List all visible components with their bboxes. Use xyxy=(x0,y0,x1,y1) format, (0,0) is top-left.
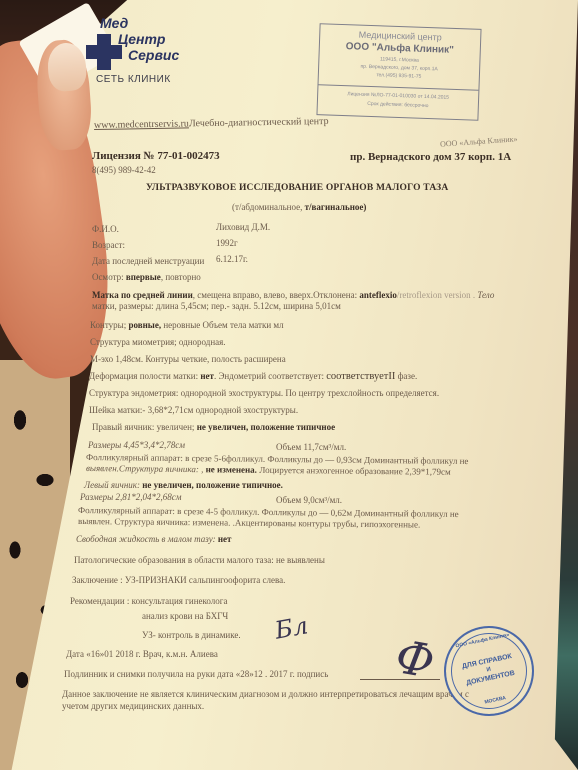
left-ovary: Левый яичник: не увеличен, положение тип… xyxy=(84,480,283,490)
lmp-label: Дата последней менструации xyxy=(92,256,204,266)
uterus-contours: Контуры; ровные, неровные Объем тела мат… xyxy=(90,320,284,330)
right-ovary: Правый яичник: увеличен; не увеличен, по… xyxy=(92,422,335,432)
endometrium: Структура эндометрия: однородной эхостру… xyxy=(89,388,439,398)
logo-line2: Центр xyxy=(118,32,165,46)
recommendations: Рекомендации : консультация гинеколога xyxy=(70,596,227,606)
disclaimer-line2: учетом других медицинских данных. xyxy=(62,701,204,711)
date-doctor: Дата «16»01 2018 г. Врач, к.м.н. Алиева xyxy=(66,649,218,659)
conclusion: Заключение : УЗ-ПРИЗНАКИ сальпингоофорит… xyxy=(72,575,285,585)
phone: 8(495) 989-42-42 xyxy=(92,165,156,175)
logo-line1: Мед xyxy=(100,16,128,30)
report-title: УЛЬТРАЗВУКОВОЕ ИССЛЕДОВАНИЕ ОРГАНОВ МАЛО… xyxy=(146,183,448,193)
cavity-deformation: Деформация полости матки: нет. Эндометри… xyxy=(89,371,417,382)
logo-line3: Сервис xyxy=(128,48,179,62)
license: Лицензия № 77-01-002473 xyxy=(92,150,220,162)
name-value: Лиховид Д.М. xyxy=(216,222,270,232)
received-line: Подлинник и снимки получила на руки дата… xyxy=(64,669,328,679)
uterus-position: Матка по средней линии, смещена вправо, … xyxy=(92,290,494,300)
free-fluid: Свободная жидкость в малом тазу: нет xyxy=(76,534,231,544)
clinic-stamp: Медицинский центр ООО "Альфа Клиник" 119… xyxy=(316,23,481,121)
age-label: Возраст: xyxy=(92,240,125,250)
name-label: Ф.И.О. xyxy=(92,224,119,234)
recommendation-3: УЗ- контроль в динамике. xyxy=(142,630,241,640)
recommendation-2: анализ крови на БХГЧ xyxy=(142,611,228,621)
stamp-divider xyxy=(318,84,478,91)
m-echo: М-эхо 1,48см. Контуры четкие, полость ра… xyxy=(90,354,286,364)
cervix: Шейка матки:- 3,68*2,71см однородной эхо… xyxy=(89,405,298,415)
uterus-size: матки, размеры: длина 5,45см; пер.- задн… xyxy=(92,301,341,311)
left-ovary-volume: Объем 9,0см³/мл. xyxy=(276,495,342,505)
logo-network: СЕТЬ КЛИНИК xyxy=(96,74,171,85)
right-ovary-size: Размеры 4,45*3,4*2,78см xyxy=(88,440,185,450)
doctor-signature: Бл xyxy=(273,611,310,644)
age-value: 1992г xyxy=(216,238,238,248)
pathology: Патологические образования в области мал… xyxy=(74,555,325,565)
right-ovary-volume: Объем 11,7см³/мл. xyxy=(276,442,346,452)
website-link[interactable]: www.medcentrservis.ru xyxy=(94,118,189,131)
myometrium: Структура миометрия; однородная. xyxy=(90,337,226,347)
lmp-value: 6.12.17г. xyxy=(216,254,248,264)
report-subtitle: (т/абдоминальное, т/вагинальное) xyxy=(232,202,366,212)
medical-cross-icon xyxy=(86,34,122,70)
exam-line: Осмотр: впервые, повторно xyxy=(92,272,201,282)
address: пр. Вернадского дом 37 корп. 1А xyxy=(350,151,511,163)
disclaimer-line1: Данное заключение не является клинически… xyxy=(62,689,469,699)
left-ovary-size: Размеры 2,81*2,04*2,68см xyxy=(80,492,182,502)
